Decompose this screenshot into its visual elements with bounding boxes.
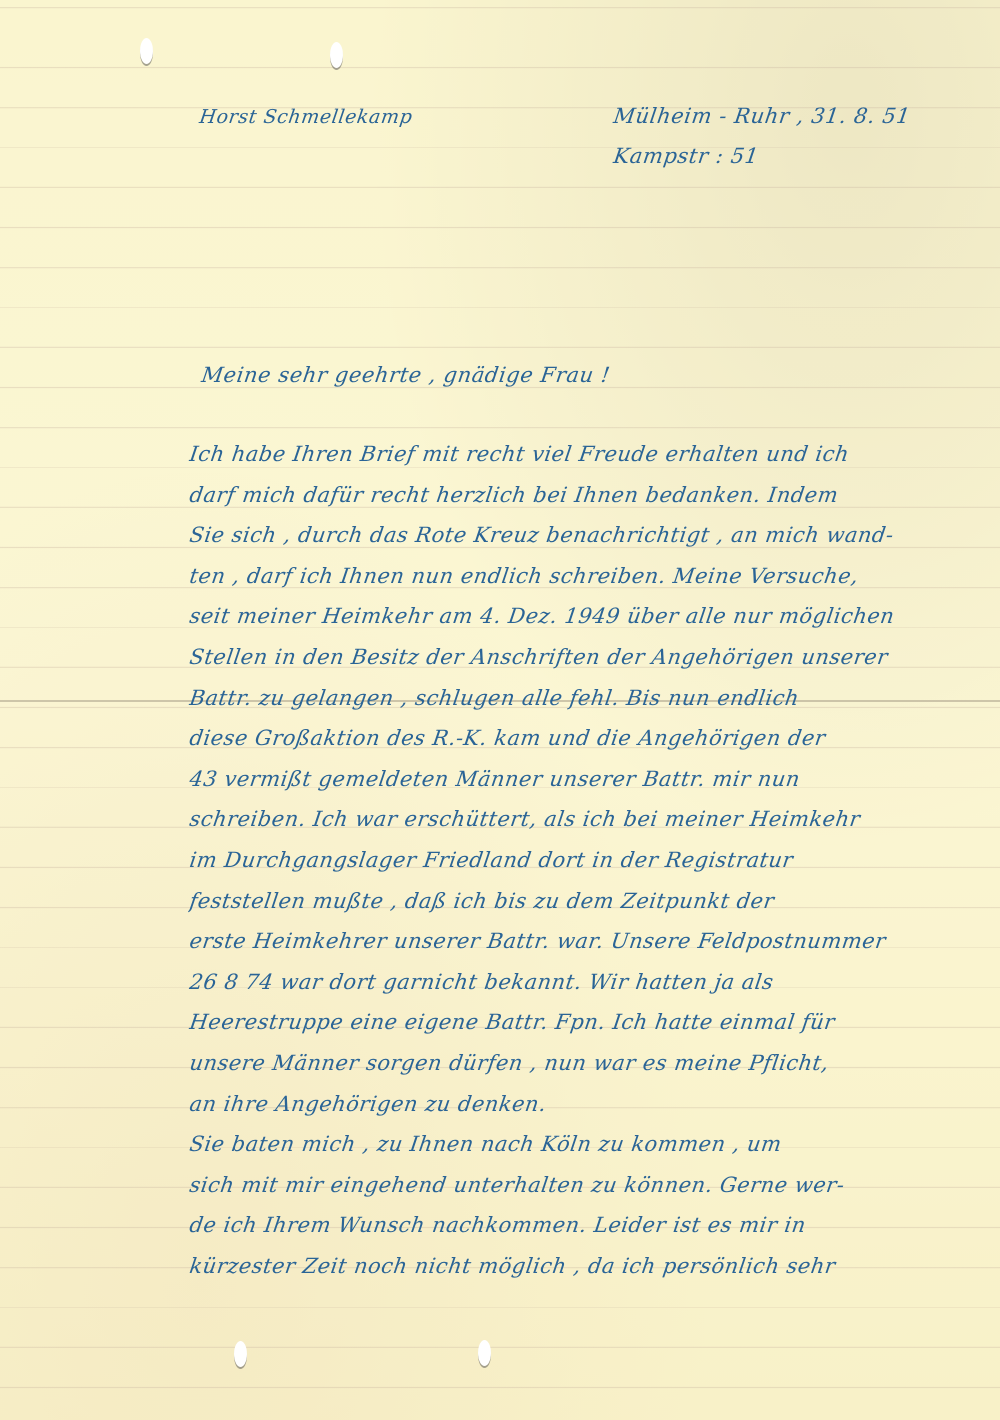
punch-hole-top-left: [140, 38, 153, 64]
body-line: unsere Männer sorgen dürfen , nun war es…: [188, 1051, 991, 1075]
sender-name: Horst Schmellekamp: [198, 106, 414, 128]
punch-hole-top-right: [330, 42, 343, 68]
body-line: sich mit mir eingehend unterhalten zu kö…: [188, 1173, 991, 1197]
body-line: erste Heimkehrer unserer Battr. war. Uns…: [188, 929, 991, 953]
body-line: an ihre Angehörigen zu denken.: [188, 1092, 991, 1116]
place-date: Mülheim - Ruhr , 31. 8. 51: [612, 104, 912, 128]
street-address: Kampstr : 51: [612, 144, 761, 168]
body-line: de ich Ihrem Wunsch nachkommen. Leider i…: [188, 1213, 991, 1237]
salutation: Meine sehr geehrte , gnädige Frau !: [200, 363, 612, 387]
body-line: Sie baten mich , zu Ihnen nach Köln zu k…: [188, 1132, 991, 1156]
body-line: kürzester Zeit noch nicht möglich , da i…: [188, 1254, 991, 1278]
body-line: 26 8 74 war dort garnicht bekannt. Wir h…: [188, 970, 991, 994]
body-line: ten , darf ich Ihnen nun endlich schreib…: [188, 564, 991, 588]
body-line: Stellen in den Besitz der Anschriften de…: [188, 645, 991, 669]
body-line: im Durchgangslager Friedland dort in der…: [188, 848, 991, 872]
body-line: seit meiner Heimkehr am 4. Dez. 1949 übe…: [188, 604, 991, 628]
body-line: Ich habe Ihren Brief mit recht viel Freu…: [188, 442, 991, 466]
body-line: feststellen mußte , daß ich bis zu dem Z…: [188, 889, 991, 913]
body-line: darf mich dafür recht herzlich bei Ihnen…: [188, 483, 991, 507]
body-line: diese Großaktion des R.-K. kam und die A…: [188, 726, 991, 750]
body-line: Sie sich , durch das Rote Kreuz benachri…: [188, 523, 991, 547]
body-line: Heerestruppe eine eigene Battr. Fpn. Ich…: [188, 1010, 991, 1034]
letter-page: Horst Schmellekamp Mülheim - Ruhr , 31. …: [0, 0, 1000, 1420]
body-line: Battr. zu gelangen , schlugen alle fehl.…: [188, 686, 991, 710]
body-line: 43 vermißt gemeldeten Männer unserer Bat…: [188, 767, 991, 791]
punch-hole-bottom-left: [234, 1341, 247, 1367]
punch-hole-bottom-right: [478, 1340, 491, 1366]
ruled-lines: [0, 0, 1000, 1420]
body-line: schreiben. Ich war erschüttert, als ich …: [188, 807, 991, 831]
